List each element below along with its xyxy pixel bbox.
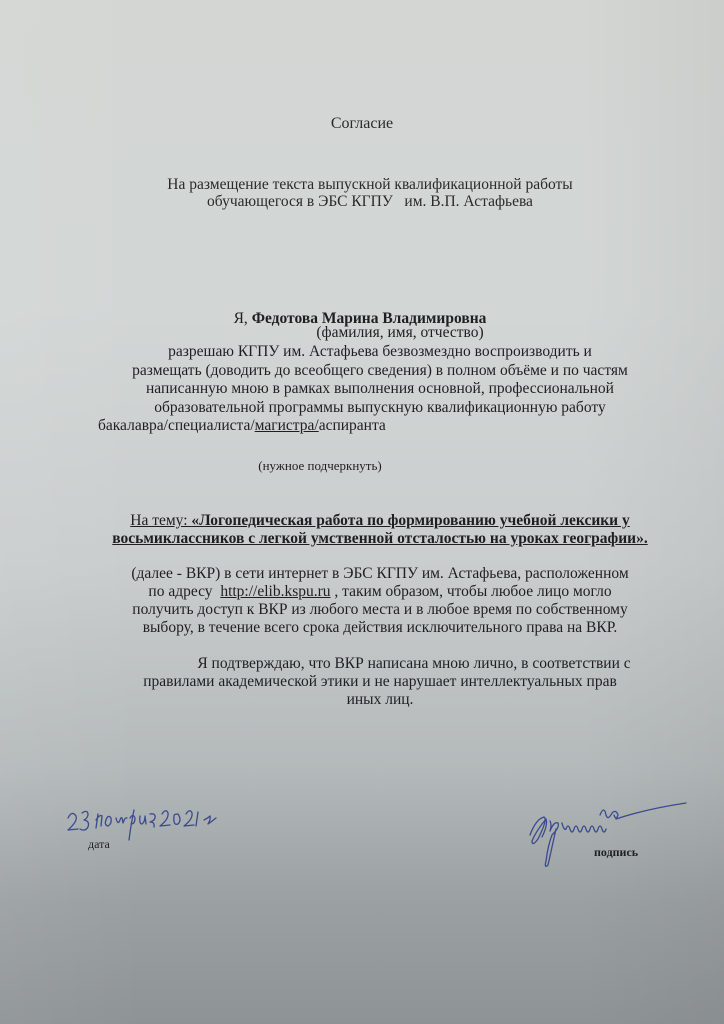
vkr-line-3: получить доступ к ВКР из любого места и … — [80, 601, 680, 619]
confirm-line-1: Я подтверждаю, что ВКР написана мною лич… — [80, 655, 680, 673]
vkr-line-2-rest: , таким образом, чтобы любое лицо могло — [331, 583, 612, 600]
signature-label: подпись — [594, 845, 638, 860]
date-label: дата — [88, 837, 110, 852]
confirm-line-2: правилами академической этики и не наруш… — [80, 673, 680, 691]
document-title: Согласие — [0, 115, 724, 133]
elib-url-link[interactable]: http://elib.kspu.ru — [220, 583, 330, 600]
vkr-paragraph: (далее - ВКР) в сети интернет в ЭБС КГПУ… — [80, 565, 680, 637]
subtitle-line-1: На размещение текста выпускной квалифика… — [100, 176, 640, 193]
degree-options-before: бакалавра/специалиста/ — [98, 417, 255, 434]
confirm-line-3: иных лиц. — [80, 691, 680, 709]
thesis-theme: На тему: «Логопедическая работа по форми… — [80, 512, 680, 547]
address-prefix: по адресу — [148, 583, 220, 600]
grant-line-3: написанную мною в рамках выполнения осно… — [80, 380, 680, 399]
subtitle-line-2: обучающегося в ЭБС КГПУ им. В.П. Астафье… — [100, 193, 640, 210]
degree-selected: магистра/ — [255, 417, 319, 434]
confirm-line-1-text: Я подтверждаю, что ВКР написана мною лич… — [197, 655, 630, 672]
signature — [520, 795, 700, 875]
vkr-line-1: (далее - ВКР) в сети интернет в ЭБС КГПУ… — [80, 565, 680, 583]
grant-line-1: разрешаю КГПУ им. Астафьева безвозмездно… — [80, 343, 680, 362]
grant-line-4: образовательной программы выпускную квал… — [80, 399, 680, 418]
grant-line-2: размещать (доводить до всеобщего сведени… — [80, 362, 680, 381]
grant-paragraph: разрешаю КГПУ им. Астафьева безвозмездно… — [80, 343, 680, 436]
name-hint: (фамилия, имя, отчество) — [140, 324, 660, 342]
confirmation-paragraph: Я подтверждаю, что ВКР написана мною лич… — [80, 655, 680, 709]
degree-line: бакалавра/специалиста/магистра/аспиранта — [80, 417, 680, 436]
vkr-line-2: по адресу http://elib.kspu.ru , таким об… — [80, 583, 680, 601]
theme-title: «Логопедическая работа по формированию у… — [112, 512, 647, 547]
underline-hint: (нужное подчеркнуть) — [170, 458, 470, 474]
theme-label: На тему: — [130, 512, 191, 529]
vkr-line-4: выбору, в течение всего срока действия и… — [80, 619, 680, 637]
document-subtitle: На размещение текста выпускной квалифика… — [100, 176, 640, 210]
degree-options-after: аспиранта — [319, 417, 386, 434]
